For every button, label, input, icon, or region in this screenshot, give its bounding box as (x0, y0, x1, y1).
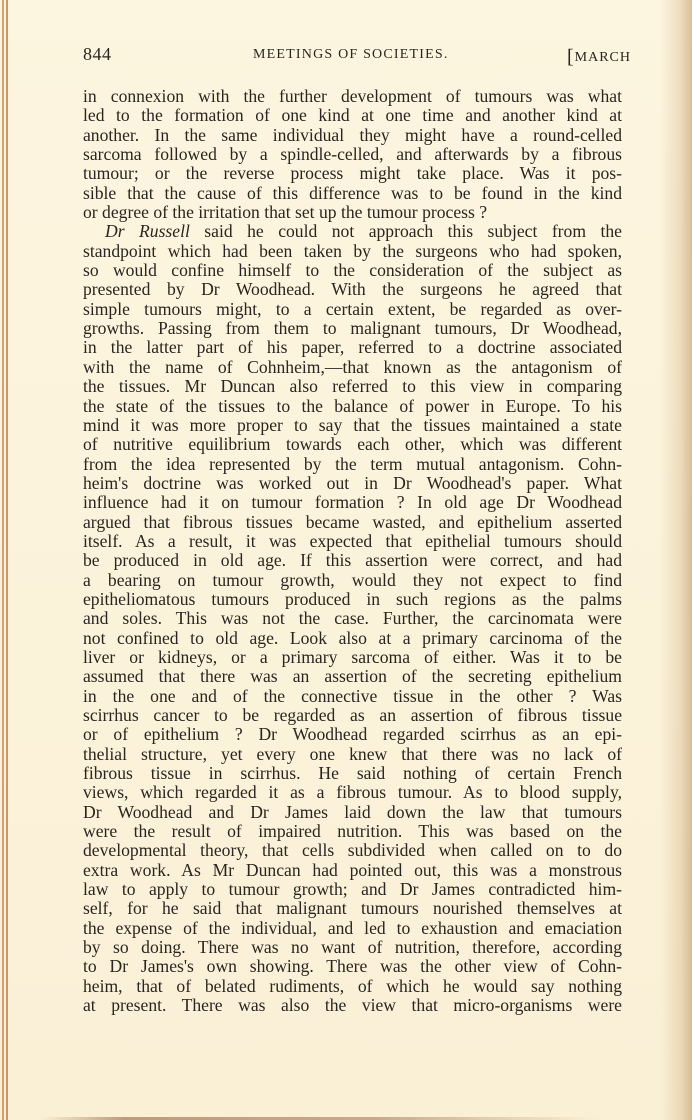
text-line: at present. There was also the view that… (83, 996, 622, 1015)
text-line: standpoint which had been taken by the s… (83, 242, 622, 261)
text-line: growths. Passing from them to malignant … (83, 319, 622, 338)
body-text: in connexion with the further developmen… (83, 87, 622, 1035)
text-line: views, which regarded it as a fibrous tu… (83, 783, 622, 802)
text-line: another. In the same individual they mig… (83, 126, 622, 145)
text-line: presented by Dr Woodhead. With the surge… (83, 280, 622, 299)
text-line: of nutritive equilibrium towards each ot… (83, 435, 622, 454)
speaker-name: Dr Russell (105, 221, 190, 241)
text-line: sible that the cause of this difference … (83, 184, 622, 203)
text-line: not confined to old age. Look also at a … (83, 629, 622, 648)
paragraph-2: Dr Russell said he could not approach th… (83, 222, 622, 1034)
text-line: be produced in old age. If this assertio… (83, 551, 622, 570)
text-line: developmental theory, that cells subdivi… (83, 841, 622, 860)
text-line: Dr Woodhead and Dr James laid down the l… (83, 803, 622, 822)
text-line: the expense of the individual, and led t… (83, 919, 622, 938)
text-line: simple tumours might, to a certain exten… (83, 300, 622, 319)
text-line: and soles. This was not the case. Furthe… (83, 609, 622, 628)
text-line: so would confine himself to the consider… (83, 261, 622, 280)
running-header: 844 MEETINGS OF SOCIETIES. [MARCH (83, 44, 631, 66)
text-line: itself. As a result, it was expected tha… (83, 532, 622, 551)
book-page: 844 MEETINGS OF SOCIETIES. [MARCH in con… (0, 0, 692, 1120)
text-line: by so doing. There was no want of nutrit… (83, 938, 622, 957)
text-line: fibrous tissue in scirrhus. He said noth… (83, 764, 622, 783)
text-line: epitheliomatous tumours produced in such… (83, 590, 622, 609)
paragraph-1: in connexion with the further developmen… (83, 87, 622, 222)
running-date-bracket: [ (567, 46, 575, 68)
text-line: extra work. As Mr Duncan had pointed out… (83, 861, 622, 880)
text-line: law to apply to tumour growth; and Dr Ja… (83, 880, 622, 899)
text-line: heim's doctrine was worked out in Dr Woo… (83, 474, 622, 493)
text-line: argued that fibrous tissues became waste… (83, 513, 622, 532)
text-line (83, 1016, 622, 1035)
text-fragment: said he could not approach this subject … (190, 221, 622, 241)
text-line: tumour; or the reverse process might tak… (83, 164, 622, 183)
text-line: liver or kidneys, or a primary sarcoma o… (83, 648, 622, 667)
text-line: sarcoma followed by a spindle-celled, an… (83, 145, 622, 164)
text-line: self, for he said that malignant tumours… (83, 899, 622, 918)
text-line: in the latter part of his paper, referre… (83, 338, 622, 357)
text-line: heim, that of belated rudiments, of whic… (83, 977, 622, 996)
text-line-first: Dr Russell said he could not approach th… (83, 222, 622, 241)
text-line: the state of the tissues to the balance … (83, 397, 622, 416)
text-line: influence had it on tumour formation ? I… (83, 493, 622, 512)
binding-edge-line (2, 0, 4, 1120)
text-line: scirrhus cancer to be regarded as an ass… (83, 706, 622, 725)
text-line: assumed that there was an assertion of t… (83, 667, 622, 686)
text-line: or degree of the irritation that set up … (83, 203, 622, 222)
text-line: with the name of Cohnheim,—that known as… (83, 358, 622, 377)
text-line: or of epithelium ? Dr Woodhead regarded … (83, 725, 622, 744)
text-line: from the idea represented by the term mu… (83, 455, 622, 474)
binding-edge-line (6, 0, 8, 1120)
text-line: the tissues. Mr Duncan also referred to … (83, 377, 622, 396)
text-line: in connexion with the further developmen… (83, 87, 622, 106)
text-line: were the result of impaired nutrition. T… (83, 822, 622, 841)
running-date-text: MARCH (575, 50, 631, 65)
text-line: mind it was more proper to say that the … (83, 416, 622, 435)
text-line: to Dr James's own showing. There was the… (83, 957, 622, 976)
text-line: led to the formation of one kind at one … (83, 106, 622, 125)
running-title: MEETINGS OF SOCIETIES. (253, 47, 449, 63)
text-line: in the one and of the connective tissue … (83, 687, 622, 706)
text-line: a bearing on tumour growth, would they n… (83, 571, 622, 590)
text-line: thelial structure, yet every one knew th… (83, 745, 622, 764)
page-number: 844 (83, 44, 112, 65)
running-date: [MARCH (567, 44, 631, 67)
